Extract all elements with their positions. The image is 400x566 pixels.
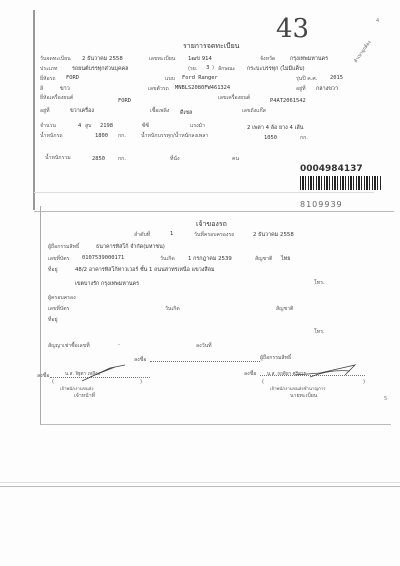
weight-label: น้ำหนักรถ [40, 132, 63, 140]
registrar-sign-label: ลงชื่อ [244, 370, 256, 378]
owned-date-label: วันที่ครอบครองรถ [194, 231, 234, 239]
owner-birth-label: วันเกิด [160, 255, 175, 263]
holder-role: ผู้ถือกรรมสิทธิ์ [260, 354, 291, 362]
contract-date-label: ลงวันที่ [196, 342, 212, 350]
registrar-signature [290, 363, 360, 383]
total-weight-label: น้ำหนักรวม [45, 154, 71, 162]
owner-address-line2: เขตบางรัก กรุงเทพมหานคร [75, 280, 139, 288]
possessor-birth-label: วันเกิด [165, 305, 180, 313]
color-value: ขาว [60, 85, 70, 93]
divider [34, 192, 374, 193]
cylinders-value: 4 [78, 123, 81, 129]
owner-id-label: เลขที่บัตร [48, 255, 69, 263]
weight-value: 1800 [95, 133, 108, 139]
seats-unit: คน [232, 155, 239, 163]
code-value: 3 [206, 65, 209, 71]
owner-birth-value: 1 กรกฎาคม 2539 [188, 255, 232, 263]
total-weight-unit: กก. [118, 155, 126, 163]
model-value: Ford Ranger [182, 75, 218, 81]
officer-title: เจ้าพนักงานขนส่ง [60, 385, 94, 392]
barcode [300, 176, 382, 190]
possessor-label: ผู้ครอบครอง [48, 294, 76, 302]
type-label: ประเภท [40, 65, 57, 73]
stamp: สำเนาถูกต้อง [352, 39, 372, 64]
chassis-loc-value: กลางขวา [316, 85, 338, 93]
owner-address-line1: 48/2 อาคารทิสโก้ทาวเวอร์ ชั้น 1 ถนนสาทรเ… [75, 266, 215, 274]
style-label: ลักษณะ [218, 65, 235, 73]
cylinders-unit: สูบ [85, 122, 91, 130]
fuel-value: ดีเซล [180, 109, 192, 117]
binding-line [33, 10, 35, 210]
fuel-label: เชื้อเพลิง [150, 107, 169, 115]
corner-page-number: 4 [376, 18, 379, 24]
load-value: 1050 [264, 135, 277, 141]
owner-address-label: ที่อยู่ [48, 266, 58, 274]
chassis-label: เลขตัวรถ [148, 85, 169, 93]
officer-sign-label: ลงชื่อ [37, 372, 49, 380]
registrar-role: นายทะเบียน [290, 392, 317, 400]
seats-label: ที่นั่ง [170, 155, 180, 163]
holder-sign-label: ลงชื่อ [134, 356, 146, 364]
chassis-loc-label: อยู่ที่ [296, 85, 306, 93]
possessor-nation-label: สัญชาติ [276, 305, 293, 313]
holder-value: ธนาคารทิสโก้ จำกัด(มหาชน) [96, 243, 165, 251]
code-prefix: (รย. [188, 65, 198, 73]
code-suffix: ) [212, 65, 214, 71]
engine-loc-label: อยู่ที่ [40, 107, 50, 115]
owner-id-value: 0107539000171 [82, 255, 124, 261]
province-label: จังหวัด [260, 55, 275, 63]
officer-role: เจ้าหน้าที่ [74, 392, 95, 400]
handwritten-number: 43 [276, 14, 309, 44]
scan-line [0, 486, 400, 487]
possessor-id-label: เลขที่บัตร [48, 305, 69, 313]
style-value: กระบะบรรทุก (ไม่มีแค็บ) [247, 65, 305, 73]
color-label: สี [40, 85, 43, 93]
contract-value: - [118, 342, 120, 348]
reg-no-label: เลขทะเบียน [149, 55, 175, 63]
brand-label: ยี่ห้อรถ [40, 75, 56, 83]
registrar-title: เจ้าพนักงานขนส่งชำนาญการ [270, 385, 326, 392]
seq-label: ลำดับที่ [134, 231, 150, 239]
model-label: แบบ [165, 75, 175, 83]
barcode-number: 0004984137 [300, 164, 363, 174]
load-label: น้ำหนักบรรทุก/น้ำหนักลงเพลา [141, 132, 208, 140]
holder-sign-line [150, 361, 260, 362]
engine-brand-label: ยี่ห้อเครื่องยนต์ [40, 94, 73, 102]
type-value: รถยนต์บรรทุกส่วนบุคคล [72, 65, 128, 73]
total-weight-value: 2850 [92, 156, 105, 162]
year-value: 2015 [330, 75, 343, 81]
engine-loc-value: ขวาเครื่อง [70, 107, 94, 115]
year-label: รุ่นปี ค.ศ. [296, 75, 317, 83]
engine-brand-value: FORD [118, 98, 131, 104]
reg-date-value: 2 ธันวาคม 2558 [82, 55, 123, 63]
registration-title: รายการจดทะเบียน [183, 41, 239, 52]
owner-phone-label: โทร. [314, 279, 325, 287]
chassis-value: MNBLS2080FW461324 [175, 85, 230, 91]
weight-unit: กก. [118, 132, 126, 140]
engine-no-label: เลขเครื่องยนต์ [218, 94, 250, 102]
bottom-page-number: 5 [384, 396, 387, 402]
engine-no-value: P4AT2061542 [270, 98, 306, 104]
scan-line [0, 482, 400, 483]
contract-label: สัญญาเช่าซื้อเลขที่ [48, 342, 90, 350]
owner-nation-value: ไทย [281, 255, 290, 263]
axles-value: 2 เพลา 4 ล้อ ยาง 4 เส้น [247, 124, 303, 132]
owner-nation-label: สัญชาติ [255, 255, 272, 263]
cc-value: 2198 [100, 123, 113, 129]
holder-label: ผู้ถือกรรมสิทธิ์ [48, 243, 79, 251]
seq-value: 1 [170, 231, 173, 237]
possessor-address-label: ที่อยู่ [48, 316, 58, 324]
owner-title: เจ้าของรถ [196, 219, 227, 230]
reg-no-value: 1ฒข 914 [188, 55, 212, 63]
possessor-phone-label: โทร. [314, 328, 325, 336]
owned-date-value: 2 ธันวาคม 2558 [253, 231, 294, 239]
hp-label: แรงม้า [190, 122, 205, 130]
brand-value: FORD [66, 75, 79, 81]
load-unit: กก. [300, 134, 308, 142]
cc-unit: ซีซี [142, 122, 149, 130]
province-value: กรุงเทพมหานคร [290, 55, 328, 63]
gas-tank-label: เลขถังแก๊ส [242, 107, 266, 115]
cylinders-label: จำนวน [40, 122, 56, 130]
officer-signature [80, 363, 130, 383]
reg-date-label: วันจดทะเบียน [40, 55, 71, 63]
